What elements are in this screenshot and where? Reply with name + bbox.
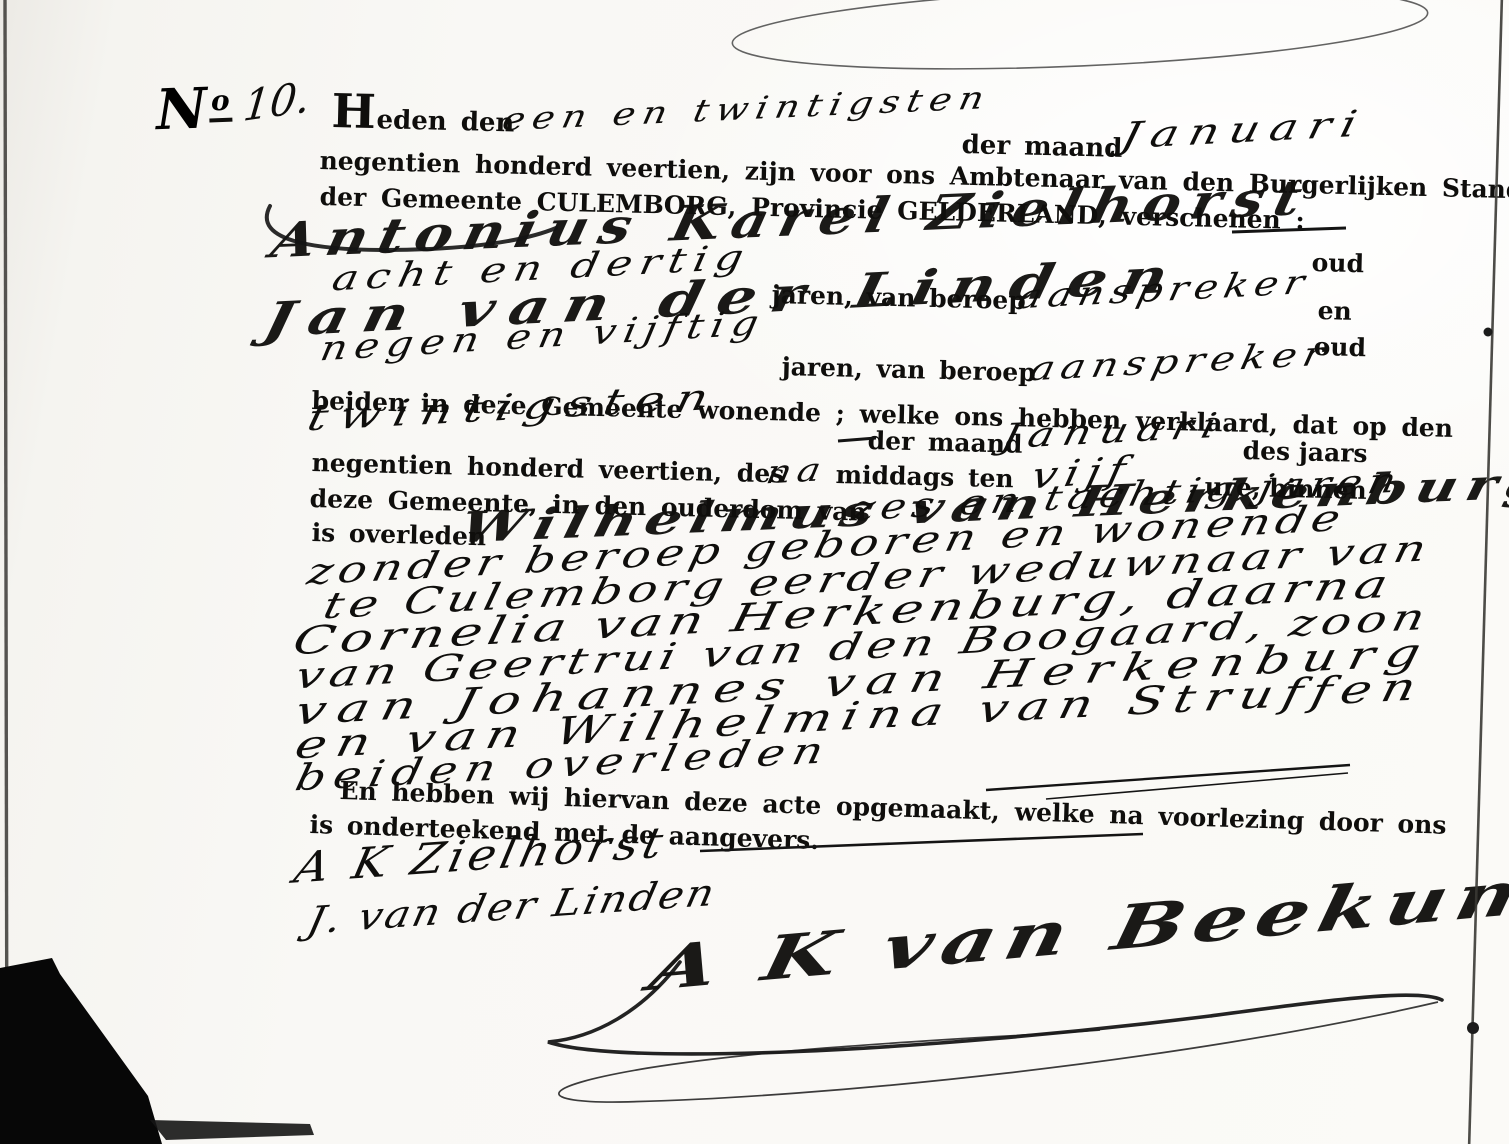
record-number-symbol: No (155, 75, 233, 144)
printed-jaren-beroep-2: jaren, van beroep (781, 354, 1036, 386)
handwritten-day: een en twintigsten (499, 82, 994, 137)
scan-edge-right (1469, 0, 1502, 1144)
printed-oud-1: oud (1311, 250, 1364, 278)
record-number-n: N (155, 76, 208, 144)
printed-line-1914-des: negentien honderd veertien, des (311, 450, 784, 488)
scan-edge-blob-1 (1484, 328, 1493, 337)
death-record-scan-page: No 10. Heden den een en twintigsten der … (0, 0, 1509, 1144)
printed-en: en (1317, 298, 1352, 325)
signature-registrar: A K van Beekum (644, 859, 1509, 1002)
record-number-value: 10. (241, 75, 312, 129)
pen-flourish-ellipse (731, 0, 1430, 81)
corner-streak (150, 1120, 314, 1140)
printed-der-maand-1: der maand (961, 132, 1122, 163)
scan-edge-left (5, 0, 7, 1144)
record-number-o: o (208, 83, 232, 122)
printed-heden-den: Heden den (331, 94, 515, 138)
handwritten-profession-2: aanspreker (1027, 336, 1333, 387)
ink-stroke-1 (986, 765, 1350, 790)
handwritten-month-1: Januari (1117, 105, 1370, 156)
ink-stroke-2 (1046, 773, 1348, 799)
handwritten-month-2: Januari (998, 408, 1229, 456)
scan-edge-blob-2 (1467, 1022, 1479, 1034)
handwritten-na: na (763, 453, 829, 490)
corner-shadow (0, 958, 162, 1144)
signature-flourish-loop (559, 1002, 1438, 1102)
